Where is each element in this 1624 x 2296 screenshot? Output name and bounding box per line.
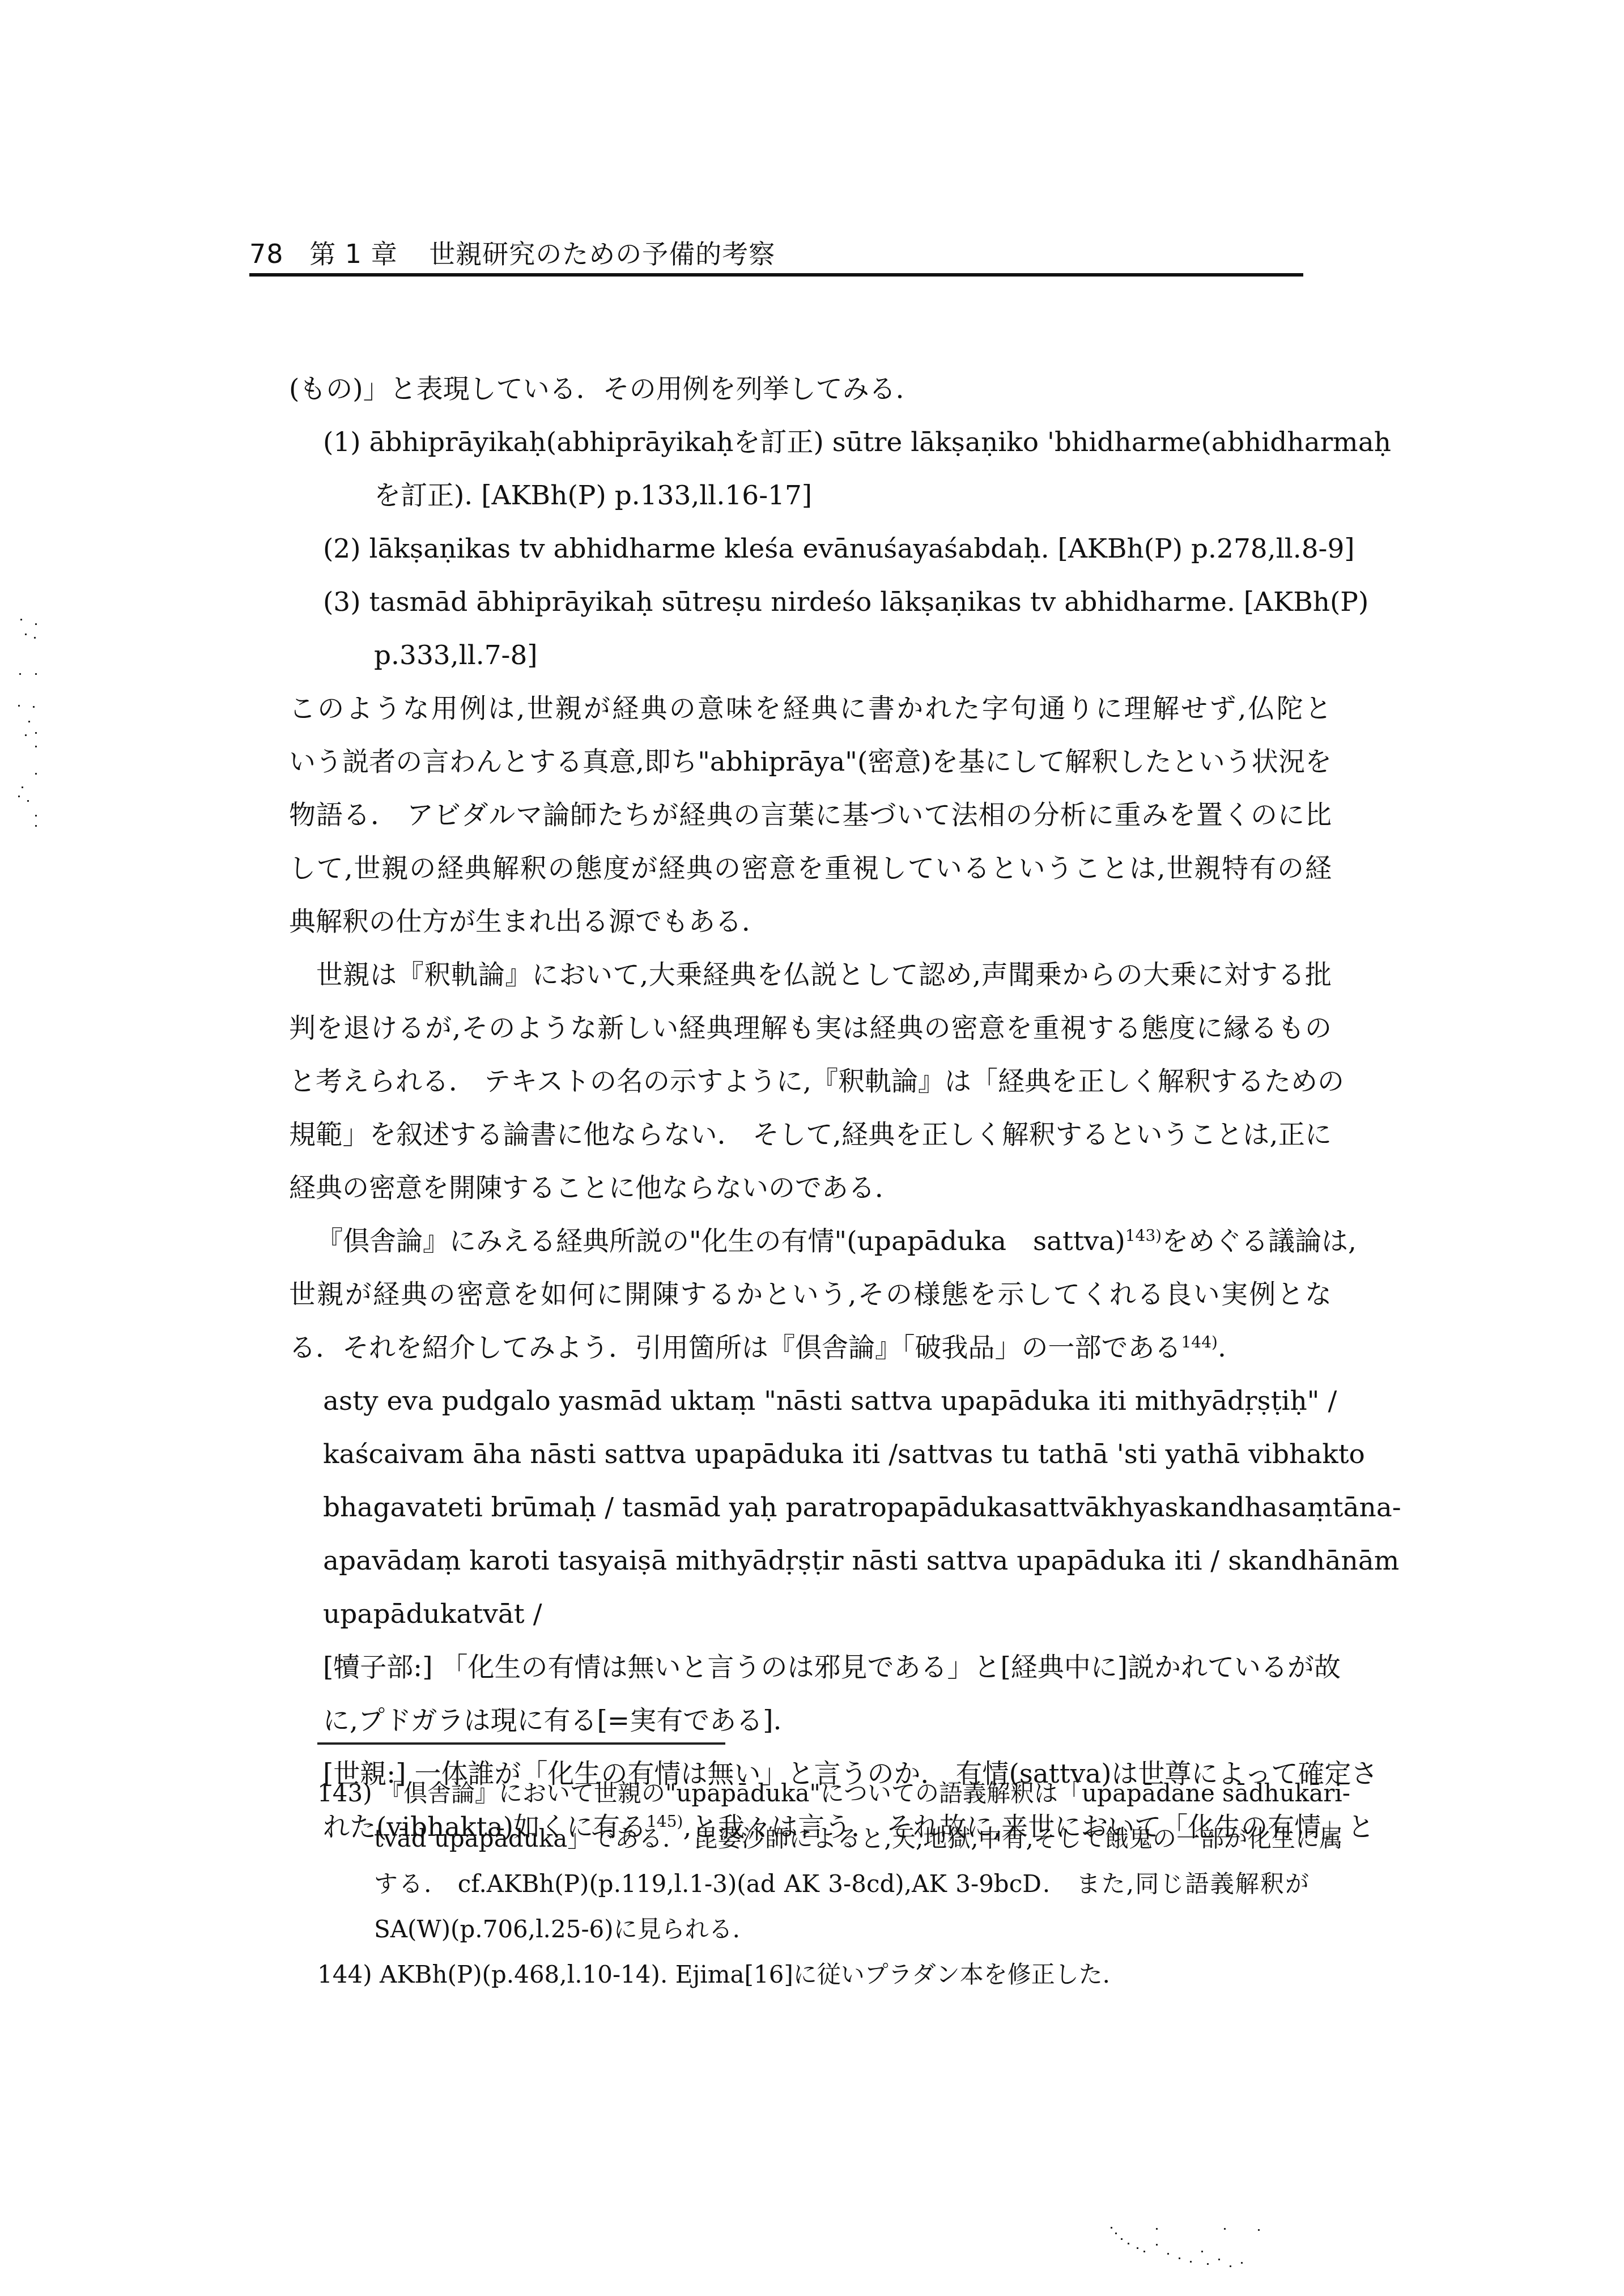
footnote-ref-143[interactable]: 143): [1125, 1226, 1162, 1245]
footnote-144-line: 144) AKBh(P)(p.468,l.10-14). Ejima[16]に従…: [317, 1952, 1309, 1997]
paragraph-1-line: 典解釈の仕方が生まれ出る源でもある．: [289, 895, 1332, 949]
paragraph-3-text: 『倶舎論』にみえる経典所説の"化生の有情"(upapāduka sattva): [316, 1226, 1125, 1257]
paragraph-2-line: 規範」を叙述する論書に他ならない． そして,経典を正しく解釈するということは,正…: [289, 1108, 1332, 1162]
chapter-label: 第 1 章: [309, 239, 398, 269]
footnote-143-line: 143) 『倶舎論』において世親の"upapāduka"についての語義解釈は「u…: [317, 1771, 1309, 1816]
example-3-line-1: (3) tasmād ābhiprāyikaḥ sūtreṣu nirdeśo …: [289, 576, 1298, 629]
footnote-143-line: SA(W)(p.706,l.25-6)に見られる．: [317, 1907, 1309, 1952]
footnote-ref-144[interactable]: 144): [1181, 1333, 1218, 1351]
example-3-line-2: p.333,ll.7-8]: [289, 629, 1298, 682]
paragraph-1-line: 物語る． アビダルマ論師たちが経典の言葉に基づいて法相の分析に重みを置くのに比: [289, 789, 1332, 842]
footnote-separator: [317, 1742, 725, 1745]
example-1-line-1: (1) ābhiprāyikaḥ(abhiprāyikaḥを訂正) sūtre …: [289, 416, 1298, 469]
paragraph-2-line: と考えられる． テキストの名の示すように,『釈軌論』は「経典を正しく解釈するため…: [289, 1055, 1332, 1108]
paragraph-1-line: このような用例は,世親が経典の意味を経典に書かれた字句通りに理解せず,仏陀と: [289, 682, 1332, 735]
scanned-book-page: 78 第 1 章 世親研究のための予備的考察 (もの)」と表現している．その用例…: [0, 0, 1624, 2296]
paragraph-1-line: いう説者の言わんとする真意,即ち"abhiprāya"(密意)を基にして解釈した…: [289, 735, 1332, 789]
footnote-143-line: する． cf.AKBh(P)(p.119,l.1-3)(ad AK 3-8cd)…: [317, 1861, 1309, 1907]
paragraph-3-line: る．それを紹介してみよう．引用箇所は『倶舎論』「破我品」の一部である144).: [289, 1321, 1332, 1375]
sanskrit-quote-line: kaścaivam āha nāsti sattva upapāduka iti…: [289, 1428, 1298, 1481]
sanskrit-quote-line: asty eva pudgalo yasmād uktaṃ "nāsti sat…: [289, 1375, 1298, 1428]
sanskrit-quote-line: bhagavateti brūmaḥ / tasmād yaḥ paratrop…: [289, 1481, 1298, 1534]
translation-vatsiputriya-line: [犢子部:] 「化生の有情は無いと言うのは邪見である」と[経典中に]説かれている…: [289, 1641, 1298, 1694]
page-number: 78: [249, 239, 284, 269]
paragraph-3-line: 『倶舎論』にみえる経典所説の"化生の有情"(upapāduka sattva)1…: [289, 1215, 1332, 1268]
paragraph-2-line: 判を退けるが,そのような新しい経典理解も実は経典の密意を重視する態度に縁るもの: [289, 1002, 1332, 1055]
paragraph-3-text: る．それを紹介してみよう．引用箇所は『倶舎論』「破我品」の一部である: [289, 1332, 1181, 1363]
paragraph-3-line: 世親が経典の密意を如何に開陳するかという,その様態を示してくれる良い実例とな: [289, 1268, 1332, 1321]
example-2-line-1: (2) lākṣaṇikas tv abhidharme kleśa evānu…: [289, 522, 1298, 576]
intro-line: (もの)」と表現している．その用例を列挙してみる．: [289, 363, 1332, 416]
main-text: (もの)」と表現している．その用例を列挙してみる． (1) ābhiprāyik…: [289, 363, 1332, 1854]
paragraph-2-line: 経典の密意を開陳することに他ならないのである．: [289, 1162, 1332, 1215]
footnote-143-line: tvād upapāduka」である． 毘婆沙師によると,天,地獄,中有,そして…: [317, 1816, 1309, 1861]
paragraph-3-text: をめぐる議論は,: [1162, 1226, 1357, 1257]
translation-vatsiputriya-line: に,プドガラは現に有る[=実有である].: [289, 1694, 1298, 1747]
paragraph-1-line: して,世親の経典解釈の態度が経典の密意を重視しているということは,世親特有の経: [289, 842, 1332, 895]
example-1-line-2: を訂正). [AKBh(P) p.133,ll.16-17]: [289, 469, 1298, 522]
running-header: 78 第 1 章 世親研究のための予備的考察: [249, 238, 1303, 277]
sanskrit-quote-line: apavādaṃ karoti tasyaiṣā mithyādṛṣṭir nā…: [289, 1534, 1298, 1588]
sanskrit-quote-line: upapādukatvāt /: [289, 1588, 1298, 1641]
paragraph-3-text: .: [1218, 1332, 1226, 1363]
footnotes: 143) 『倶舎論』において世親の"upapāduka"についての語義解釈は「u…: [317, 1771, 1309, 1997]
paragraph-2-line: 世親は『釈軌論』において,大乗経典を仏説として認め,声聞乗からの大乗に対する批: [289, 949, 1332, 1002]
chapter-title: 世親研究のための予備的考察: [429, 239, 775, 269]
